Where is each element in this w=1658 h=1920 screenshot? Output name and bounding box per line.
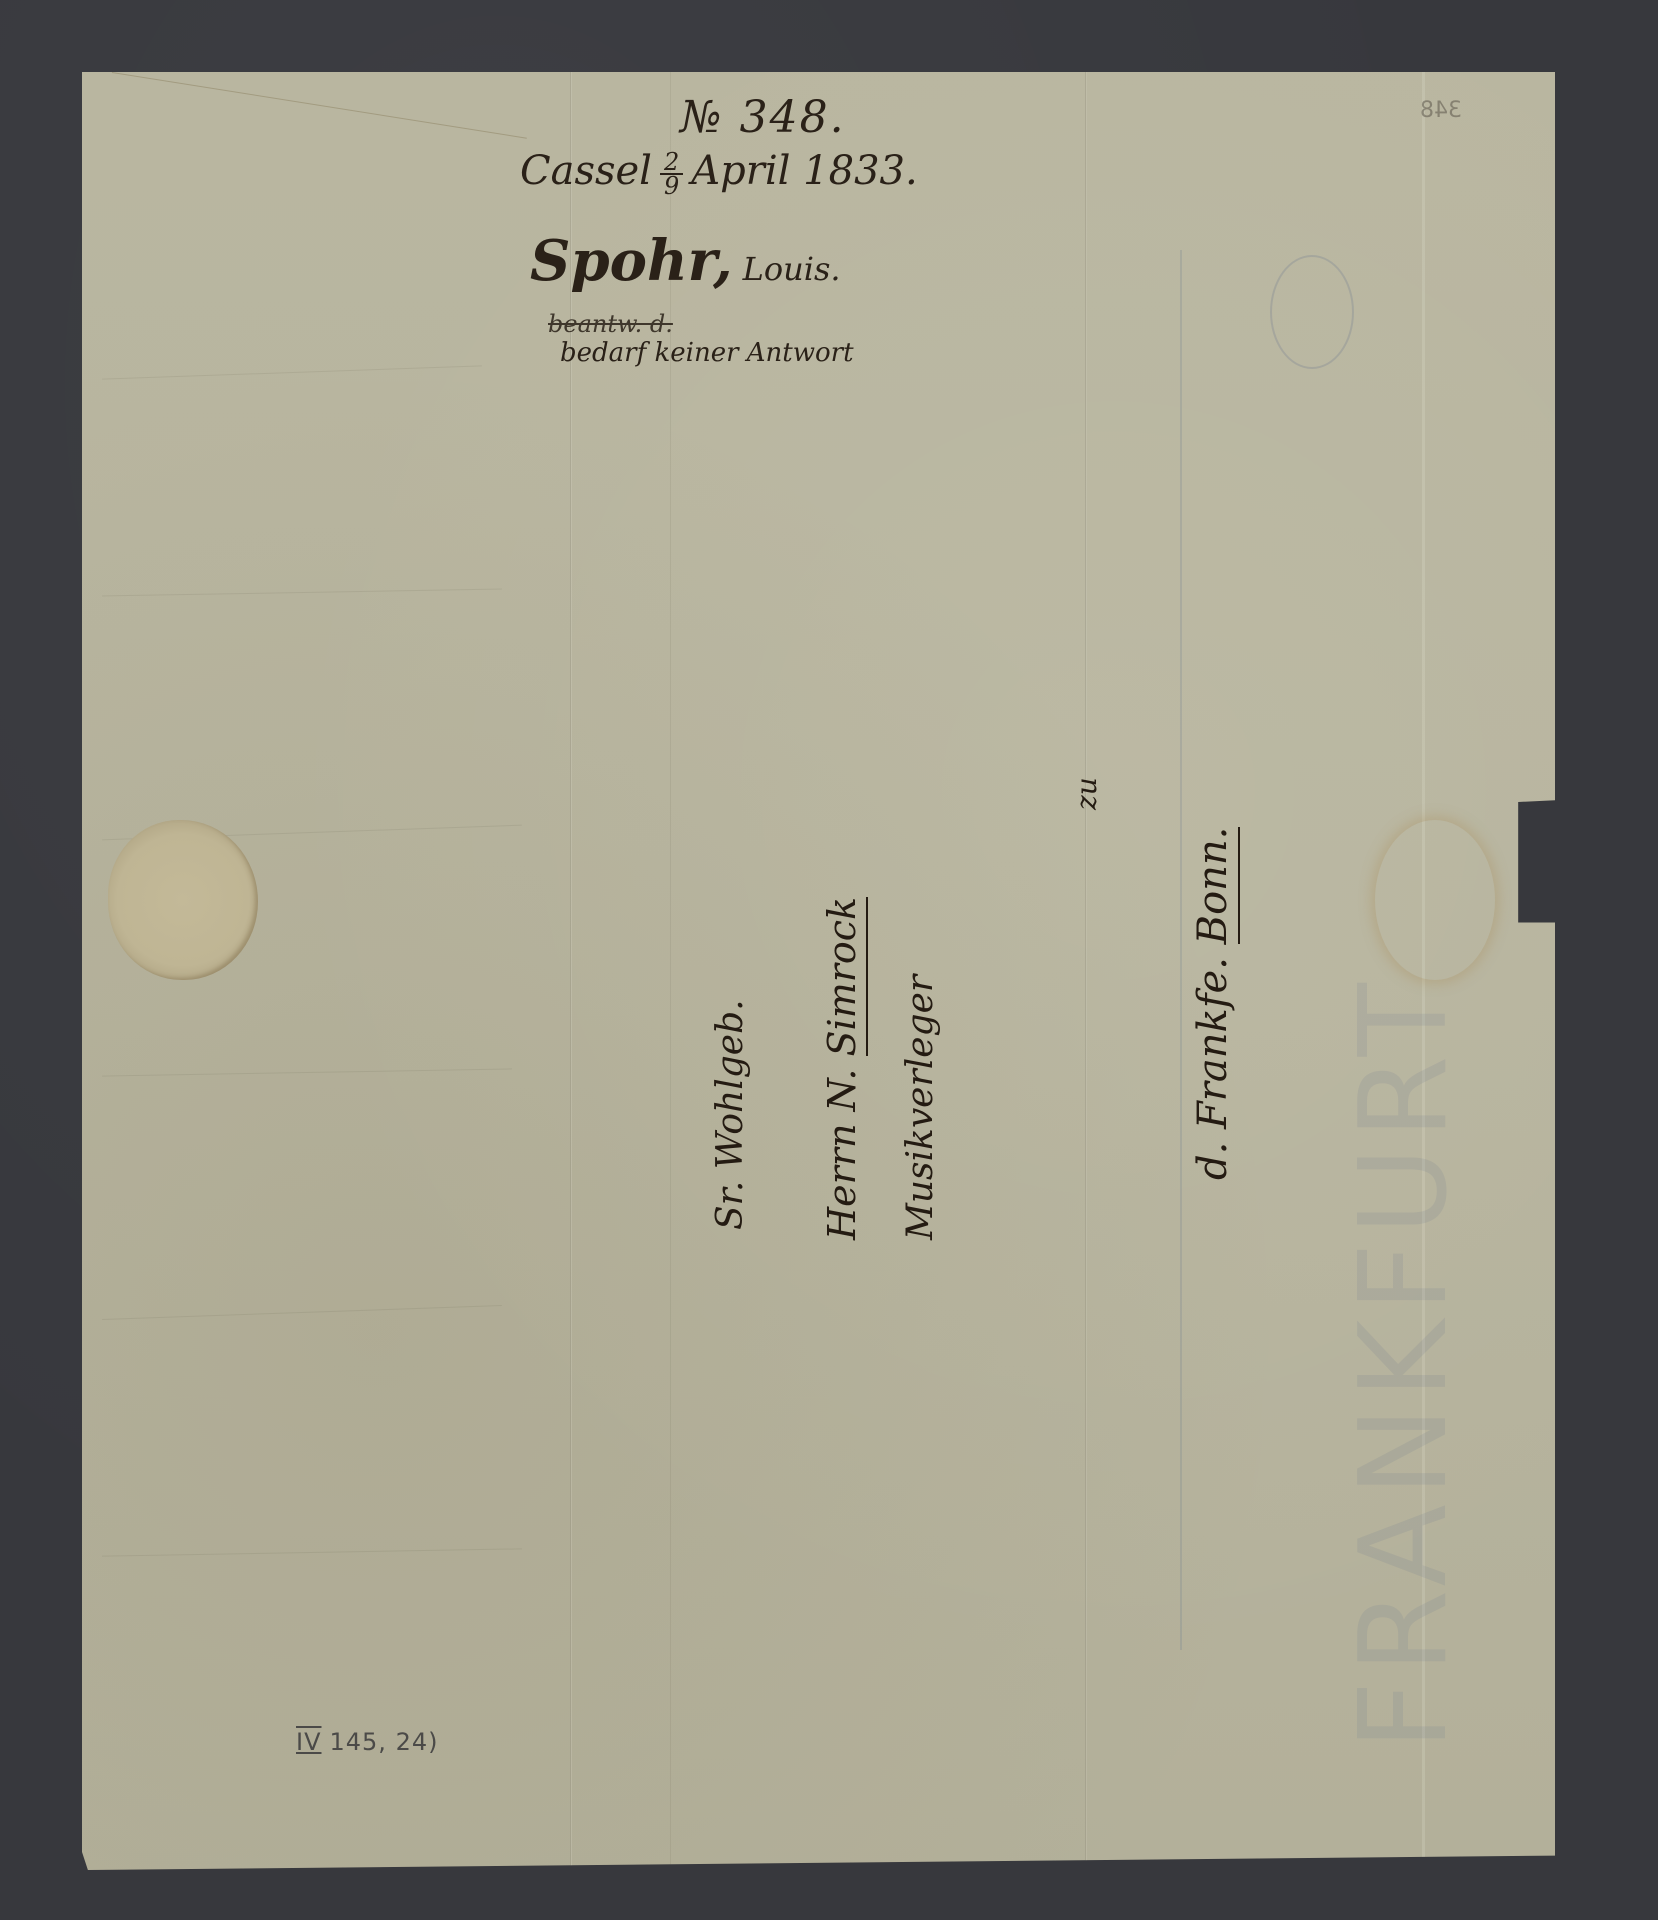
bleed-through-line <box>102 1068 512 1076</box>
postmark-text-bleedthrough: FRANKFURT <box>1335 975 1474 1750</box>
docket-given-name: Louis. <box>743 250 841 288</box>
docket-correspondent: Spohr,Louis. <box>530 228 841 294</box>
address-line-5: d. Frankfe. Bonn. <box>1190 827 1236 1180</box>
address-recipient: Simrock <box>820 897 868 1057</box>
paper-crack <box>99 72 527 218</box>
bleed-through-line <box>102 1548 522 1556</box>
fold-line <box>1085 72 1087 1870</box>
wax-seal-stain <box>108 820 258 980</box>
address-line-2: Herrn N. Simrock <box>820 897 864 1240</box>
docket-note: bedarf keiner Antwort <box>560 338 854 368</box>
bleed-through-line <box>102 589 502 597</box>
docket-place: Cassel <box>520 148 652 194</box>
docket-number: № 348. <box>680 92 846 143</box>
docket-surname: Spohr, <box>530 228 733 294</box>
docket-place-date: Cassel29April 1833. <box>520 148 918 197</box>
address-line-4: zu <box>1070 777 1103 810</box>
docket-date-fraction: 29 <box>660 151 683 197</box>
archive-roman: IV <box>296 1728 322 1756</box>
bleed-through-line <box>102 365 482 379</box>
postmark-circle-bleedthrough <box>1270 255 1354 369</box>
reverse-number-bleedthrough: 348 <box>1420 98 1462 123</box>
docket-struck-note: beantw. d. <box>548 310 673 338</box>
docket-date: April 1833. <box>691 148 917 194</box>
address-city: Bonn. <box>1190 827 1240 945</box>
address-line-1: Sr. Wohlgeb. <box>710 999 751 1230</box>
archive-number: 145, 24) <box>330 1728 439 1756</box>
archive-reference: IV145, 24) <box>296 1728 438 1756</box>
bleed-through-line <box>102 1305 502 1320</box>
address-line-3: Musikverleger <box>900 975 941 1240</box>
